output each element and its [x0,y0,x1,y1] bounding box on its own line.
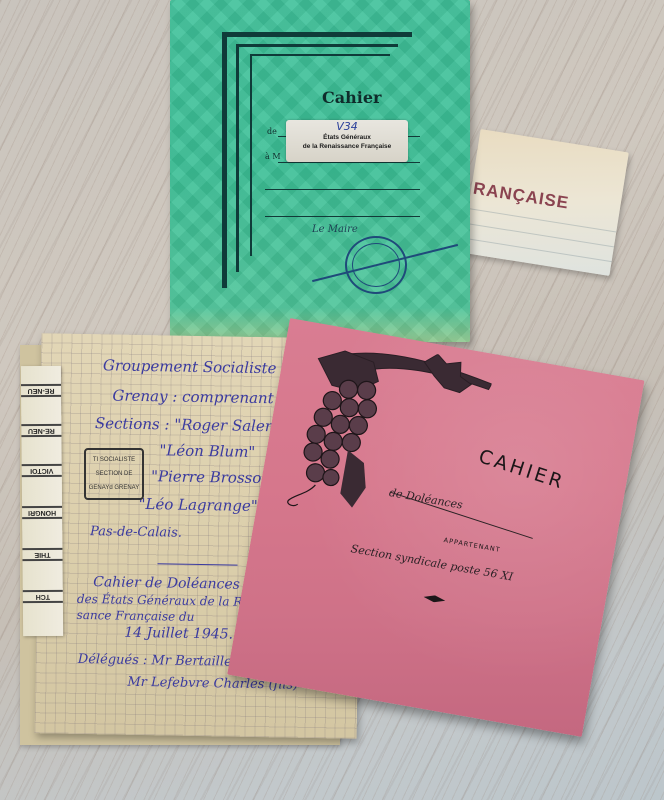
green-notebook: Cahier de à M V34 États Généraux de la R… [170,0,470,342]
hw-line: Pas-de-Calais. [90,524,182,541]
strip-label: RE-NEU [21,424,61,437]
stamp-line: GENAYd GRENAY [86,481,142,495]
rule-line [265,216,420,217]
hw-line: "Léo Lagrange" [138,495,257,515]
pink-notebook-title: CAHIER [476,445,568,494]
rule-line [278,162,420,163]
ruled-line [466,223,614,247]
hw-line: "Léon Blum" [159,441,255,461]
diamond-ornament-icon [423,593,446,604]
party-ink-stamp: TI SOCIALISTE SECTION DE GENAYd GRENAY [84,448,144,500]
rule-line [265,189,420,190]
strip-label: THIE [22,548,62,561]
hw-line: 14 Juillet 1945. [124,625,233,643]
cream-sheet-title: RANÇAISE [472,179,571,214]
hw-line: sance Française du [76,608,194,624]
hw-line: Grenay : comprenant les [112,386,300,407]
frame-bar [236,44,398,47]
strip-label: HONGRI [22,506,62,519]
frame-bar [222,32,227,288]
strip-label: TCH [23,590,63,603]
ruled-line [468,208,616,232]
cream-sheet: RANÇAISE [461,129,629,276]
pink-notebook: CAHIER de Doléances APPARTENANT Section … [227,318,644,737]
label-line-2: de la Renaissance Française [286,142,408,151]
hw-line: Cahier de Doléances [93,574,240,593]
newspaper-strip: RE-NEU RE-NEU VICTOI HONGRI THIE TCH [21,366,63,636]
frame-bar [250,54,390,56]
frame-bar [250,54,252,256]
hw-divider [158,563,238,565]
hw-line: Groupement Socialiste de [103,356,300,377]
green-notebook-title: Cahier [322,88,381,107]
strip-label: RE-NEU [21,384,61,397]
label-number: V34 [286,120,408,133]
strip-label: VICTOI [22,464,62,477]
stamp-line: TI SOCIALISTE [86,453,142,467]
frame-bar [222,32,412,37]
signature-name: Le Maire [312,224,358,235]
label-line-1: États Généraux [286,133,408,142]
field-a-m-label: à M [265,152,281,161]
frame-bar [236,44,239,272]
field-de-label: de [267,127,277,136]
stamp-line: SECTION DE [86,467,142,481]
hw-line: Délégués : Mr Bertaille P. [78,652,247,670]
sticker-label: V34 États Généraux de la Renaissance Fra… [286,120,408,162]
grape-vine-icon [263,330,495,562]
